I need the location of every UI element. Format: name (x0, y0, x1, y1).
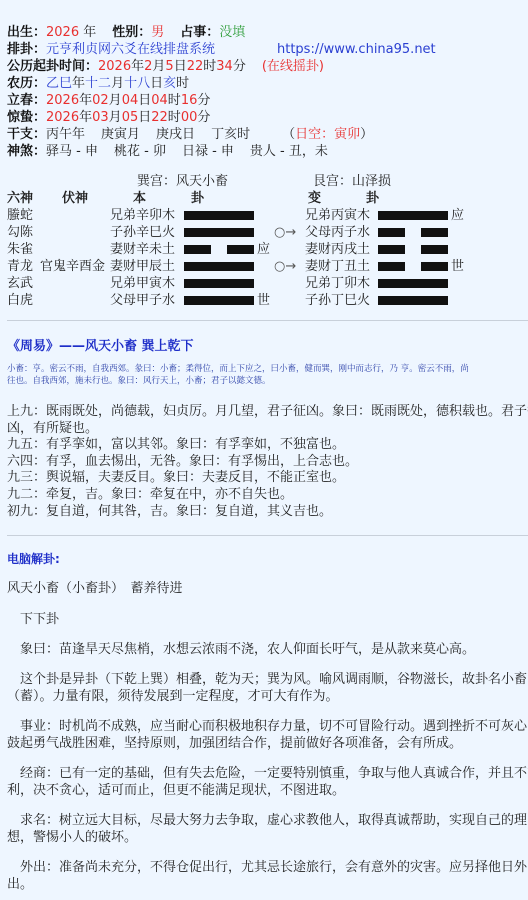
gua-name-line: 风天小畜（小畜卦） 蓄养待进 (7, 580, 183, 597)
time-day: 5 (165, 59, 173, 74)
ben-line-yin-2b (227, 245, 254, 254)
birth-year: 2026 (46, 25, 79, 40)
lunar-day-unit: 日 (150, 76, 163, 91)
ben-line-yang-0 (184, 211, 254, 220)
para-fame: 求名：树立远大目标，尽最大努力去争取，虚心求教他人，取得真诚帮助，实现自己的理 … (7, 812, 527, 846)
para-career-line-2: 鼓起勇气战胜困难，坚持原则，加强团结合作，提前做好各项准备，会有所成。 (7, 735, 528, 752)
ben-line-yin-2a (184, 245, 211, 254)
header-ben: 本 (133, 190, 146, 207)
jingzhe-day: 05 (122, 110, 139, 125)
ganzhi-row: 干支：丙午年庚寅月庚戌日丁亥时（日空：寅卯） (7, 126, 373, 143)
para-business: 经商：已有一定的基础，但有失去危险，一定要特别慎重，争取与他人真诚合作，并且不求… (7, 765, 528, 799)
header-gua: 卦 (191, 190, 204, 207)
lichun-row: 立春：2026年02月04日04时16分 (7, 92, 373, 109)
bian-yao-3: 妻财丁丑土 (305, 258, 370, 275)
zhouyi-title: 《周易》——风天小畜 巽上乾下 (7, 335, 194, 354)
yaoci-line: 九二：牵复，吉。象曰：牵复在中，亦不自失也。 (7, 487, 528, 504)
divider-1 (7, 320, 528, 321)
header-liushen: 六神 (7, 190, 33, 207)
time-row: 公历起卦时间：2026年2月5日22时34分(在线摇卦) (7, 58, 373, 75)
bian-line-yang-0 (378, 211, 448, 220)
lichun-month-unit: 月 (109, 93, 122, 108)
para-overview-line-1: 这个卦是异卦（下乾上巽）相叠，乾为天；巽为风。喻风调雨顺，谷物滋长，故卦名小畜 (7, 671, 527, 688)
ganzhi-day: 庚戌日 (156, 127, 195, 142)
time-month-unit: 月 (152, 59, 165, 74)
gender-value: 男 (151, 25, 164, 40)
gender-label: 性别： (112, 25, 151, 40)
para-career: 事业：时机尚不成熟，应当耐心而积极地积存力量，切不可冒险行动。遇到挫折不可灰心，… (7, 718, 528, 752)
system-row: 排卦：元亨利贞网六爻在线排盘系统https://www.china95.net (7, 41, 373, 58)
liushen-2: 朱雀 (7, 241, 33, 258)
bian-yao-0: 兄弟丙寅木 (305, 207, 370, 224)
para-travel-line-1: 外出：准备尚未充分，不得仓促出行，尤其忌长途旅行，会有意外的灾害。应另择他日外 (7, 859, 527, 876)
bian-line-yin-2b (421, 245, 448, 254)
yaoci-line: 六四：有孚，血去惕出，无咎。象曰：有孚惕出，上合志也。 (7, 454, 528, 471)
shensha-label: 神煞： (7, 144, 46, 159)
moving-arrow-1: ○→ (274, 224, 296, 241)
guaci-line-1: 小畜：亨。密云不雨，自我西郊。彖曰：小畜；柔得位，而上下应之，曰小畜，健而巽，刚… (7, 363, 528, 375)
ben-yao-1: 子孙辛巳火 (110, 224, 175, 241)
matter-label: 占事： (180, 25, 219, 40)
ben-yao-0: 兄弟辛卯木 (110, 207, 175, 224)
lichun-year-unit: 年 (79, 93, 92, 108)
ben-line-yang-1 (184, 228, 254, 237)
bian-mark-3: 世 (451, 258, 464, 275)
zhouyi-guaci: 小畜：亨。密云不雨，自我西郊。彖曰：小畜；柔得位，而上下应之，曰小畜，健而巽，刚… (7, 363, 528, 387)
xiang-line: 象曰：苗逢旱天尽焦梢，水想云浓雨不浇，农人仰面长吁气，是从款来莫心高。 (7, 641, 475, 658)
lichun-day-unit: 日 (138, 93, 151, 108)
time-hour-unit: 时 (203, 59, 216, 74)
bian-yao-5: 子孙丁巳火 (305, 292, 370, 309)
lunar-month-unit: 月 (111, 76, 124, 91)
time-label: 公历起卦时间： (7, 59, 98, 74)
ben-gua-title: 巽宫：风天小畜 (137, 173, 228, 190)
bian-yao-1: 父母丙子水 (305, 224, 370, 241)
liushen-4: 玄武 (7, 275, 33, 292)
bian-line-yin-1a (378, 228, 405, 237)
lichun-minute-unit: 分 (197, 93, 210, 108)
lunar-year-unit: 年 (72, 76, 85, 91)
lunar-year: 乙巳 (46, 76, 72, 91)
jingzhe-year-unit: 年 (79, 110, 92, 125)
computer-interpretation-title: 电脑解卦: (7, 550, 60, 567)
yaoci-line: 九三：舆说辐，夫妻反目。象曰：夫妻反目，不能正室也。 (7, 470, 528, 487)
yaoci-line: 初九：复自道，何其咎，吉。象曰：复自道，其义吉也。 (7, 504, 528, 521)
ganzhi-hour: 丁亥时 (211, 127, 250, 142)
shensha-taohua: 桃花 - 卯 (114, 144, 166, 159)
zhouyi-yaoci: 上九：既雨既处，尚德载，妇贞厉。月几望，君子征凶。象曰：既雨既处，德积载也。君子… (7, 404, 528, 520)
liushen-1: 勾陈 (7, 224, 33, 241)
shensha-guiren: 贵人 - 丑，未 (250, 144, 328, 159)
bian-mark-0: 应 (451, 207, 464, 224)
kong-open-paren: （ (282, 127, 295, 142)
time-year-unit: 年 (131, 59, 144, 74)
ben-line-yang-4 (184, 279, 254, 288)
lichun-month: 02 (92, 93, 109, 108)
ben-yao-3: 妻财甲辰土 (110, 258, 175, 275)
jingzhe-year: 2026 (46, 110, 79, 125)
liushen-3: 青龙 (7, 258, 33, 275)
info-panel: 出生：2026 年性别：男占事：没填 排卦：元亨利贞网六爻在线排盘系统https… (7, 24, 373, 160)
moving-arrow-3: ○→ (274, 258, 296, 275)
ganzhi-year: 丙午年 (46, 127, 85, 142)
lichun-day: 04 (122, 93, 139, 108)
header-gua2: 卦 (366, 190, 379, 207)
birth-row: 出生：2026 年性别：男占事：没填 (7, 24, 373, 41)
time-day-unit: 日 (174, 59, 187, 74)
jingzhe-month: 03 (92, 110, 109, 125)
bian-line-yang-5 (378, 296, 448, 305)
lunar-day: 十八 (124, 76, 150, 91)
para-overview: 这个卦是异卦（下乾上巽）相叠，乾为天；巽为风。喻风调雨顺，谷物滋长，故卦名小畜 … (7, 671, 527, 705)
divider-2 (7, 535, 528, 536)
ben-mark-5: 世 (257, 292, 270, 309)
bian-line-yin-3b (421, 262, 448, 271)
hexagram-table: 巽宫：风天小畜 艮宫：山泽损 六神 伏神 本 卦 变 卦 螣蛇 兄弟辛卯木 兄弟… (0, 173, 528, 313)
fushen-3: 官鬼辛酉金 (40, 258, 105, 275)
lunar-row: 农历：乙巳年十二月十八日亥时 (7, 75, 373, 92)
header-bian: 变 (308, 190, 321, 207)
para-travel: 外出：准备尚未充分，不得仓促出行，尤其忌长途旅行，会有意外的灾害。应另择他日外 … (7, 859, 527, 893)
rikong-value: 日空：寅卯 (295, 127, 360, 142)
lunar-hour: 亥 (163, 76, 176, 91)
ben-yao-4: 兄弟甲寅木 (110, 275, 175, 292)
time-hour: 22 (187, 59, 204, 74)
shensha-yima: 驿马 - 申 (46, 144, 98, 159)
para-business-line-1: 经商：已有一定的基础，但有失去危险，一定要特别慎重，争取与他人真诚合作，并且不求… (7, 765, 528, 782)
birth-label: 出生： (7, 25, 46, 40)
lunar-month: 十二 (85, 76, 111, 91)
lunar-label: 农历： (7, 76, 46, 91)
para-overview-line-2: （蓄）。力量有限，须待发展到一定程度，才可大有作为。 (7, 688, 527, 705)
lichun-hour-unit: 时 (168, 93, 181, 108)
jingzhe-hour: 22 (151, 110, 168, 125)
para-travel-line-2: 出。 (7, 876, 527, 893)
shensha-rilu: 日禄 - 申 (182, 144, 234, 159)
bian-line-yang-4 (378, 279, 448, 288)
site-url-link[interactable]: https://www.china95.net (277, 41, 436, 58)
jingzhe-row: 惊蛰：2026年03月05日22时00分 (7, 109, 373, 126)
bian-gua-title: 艮宫：山泽损 (313, 173, 391, 190)
birth-year-unit: 年 (79, 25, 96, 40)
lichun-minute: 16 (181, 93, 198, 108)
time-minute-unit: 分 (233, 59, 246, 74)
system-label: 排卦： (7, 42, 46, 57)
bian-line-yin-3a (378, 262, 405, 271)
liushen-5: 白虎 (7, 292, 33, 309)
lichun-hour: 04 (151, 93, 168, 108)
bian-yao-4: 兄弟丁卯木 (305, 275, 370, 292)
time-mode: (在线摇卦) (262, 59, 324, 74)
time-year: 2026 (98, 59, 131, 74)
matter-value: 没填 (219, 25, 245, 40)
guaci-line-2: 往也。自我西郊，施未行也。象曰：风行天上，小畜；君子以懿文德。 (7, 375, 528, 387)
ben-line-yang-3 (184, 262, 254, 271)
lichun-year: 2026 (46, 93, 79, 108)
kong-close-paren: ） (360, 127, 373, 142)
ben-line-yang-5 (184, 296, 254, 305)
yaoci-line: 九五：有孚挛如，富以其邻。象曰：有孚挛如，不独富也。 (7, 437, 528, 454)
jingzhe-hour-unit: 时 (168, 110, 181, 125)
ganzhi-label: 干支： (7, 127, 46, 142)
bian-line-yin-1b (421, 228, 448, 237)
bian-line-yin-2a (378, 245, 405, 254)
shensha-row: 神煞：驿马 - 申桃花 - 卯日禄 - 申贵人 - 丑，未 (7, 143, 373, 160)
jingzhe-label: 惊蛰： (7, 110, 46, 125)
lichun-label: 立春： (7, 93, 46, 108)
para-fame-line-1: 求名：树立远大目标，尽最大努力去争取，虚心求教他人，取得真诚帮助，实现自己的理 (7, 812, 527, 829)
header-fushen: 伏神 (62, 190, 88, 207)
liushen-0: 螣蛇 (7, 207, 33, 224)
ben-yao-5: 父母甲子水 (110, 292, 175, 309)
jingzhe-month-unit: 月 (109, 110, 122, 125)
gua-grade: 下下卦 (7, 611, 59, 628)
jingzhe-day-unit: 日 (138, 110, 151, 125)
para-business-line-2: 利，决不贪心，适可而止，但更不能满足现状，不图进取。 (7, 782, 528, 799)
ben-yao-2: 妻财辛未土 (110, 241, 175, 258)
yaoci-line: 上九：既雨既处，尚德载，妇贞厉。月几望，君子征凶。象曰：既雨既处，德积载也。君子… (7, 404, 528, 421)
para-fame-line-2: 想，警惕小人的破坏。 (7, 829, 527, 846)
yaoci-line: 凶，有所疑也。 (7, 421, 528, 438)
system-name[interactable]: 元亨利贞网六爻在线排盘系统 (46, 42, 215, 57)
ganzhi-month: 庚寅月 (101, 127, 140, 142)
time-minute: 34 (216, 59, 233, 74)
lunar-hour-unit: 时 (176, 76, 189, 91)
bian-yao-2: 妻财丙戌土 (305, 241, 370, 258)
jingzhe-minute-unit: 分 (197, 110, 210, 125)
jingzhe-minute: 00 (181, 110, 198, 125)
ben-mark-2: 应 (257, 241, 270, 258)
para-career-line-1: 事业：时机尚不成熟，应当耐心而积极地积存力量，切不可冒险行动。遇到挫折不可灰心， (7, 718, 528, 735)
